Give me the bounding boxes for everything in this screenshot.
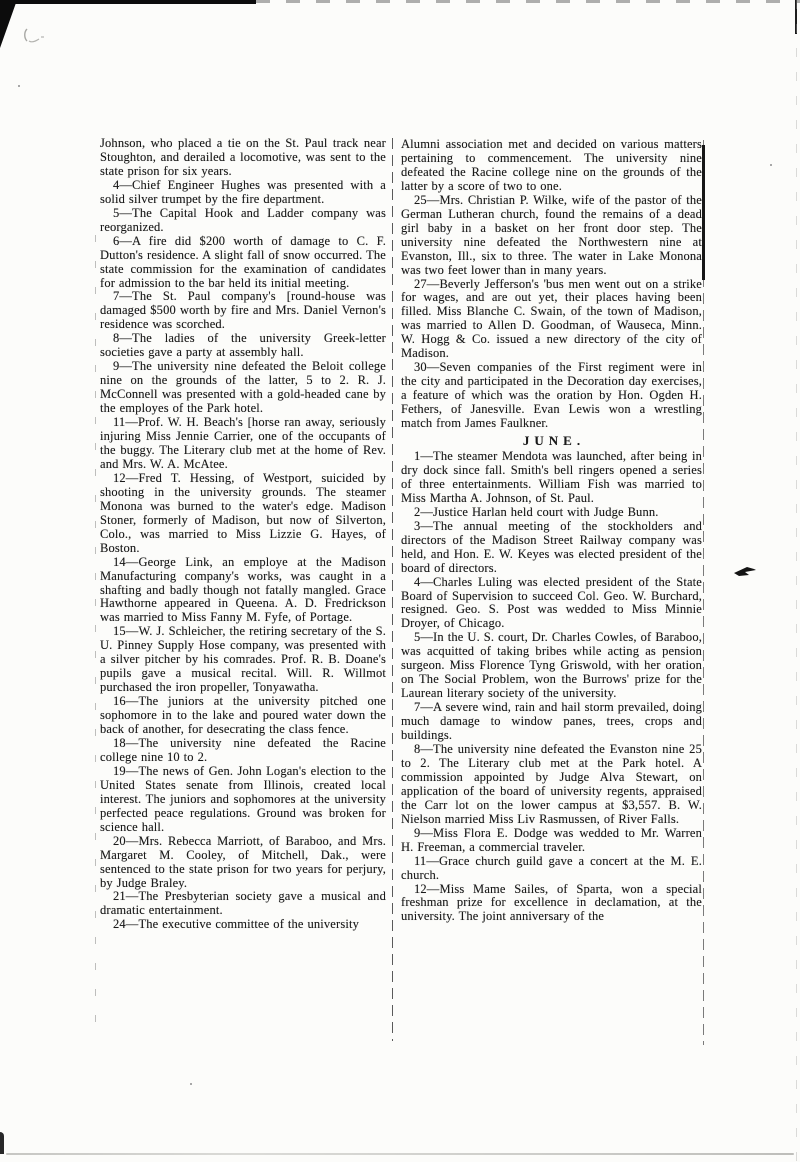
entry-paragraph: 27—Beverly Jefferson's 'bus men went out…	[401, 278, 702, 362]
entry-paragraph: 2—Justice Harlan held court with Judge B…	[401, 506, 702, 520]
entry-paragraph: 3—The annual meeting of the stockholders…	[401, 520, 702, 576]
entry-paragraph: 30—Seven companies of the First regiment…	[401, 361, 702, 431]
june-entries: 1—The steamer Mendota was launched, afte…	[401, 450, 702, 924]
ink-smudge	[733, 566, 757, 578]
scan-top-edge-dashes	[256, 0, 800, 3]
entry-paragraph: 1—The steamer Mendota was launched, afte…	[401, 450, 702, 506]
scan-top-edge-dark	[0, 0, 256, 4]
page-edge-rule	[796, 0, 797, 1162]
entry-paragraph: 7—A severe wind, rain and hail storm pre…	[401, 701, 702, 743]
entry-paragraph: 11—Prof. W. H. Beach's [horse ran away, …	[100, 416, 386, 472]
right-rule-dark-segment	[702, 145, 705, 280]
entry-paragraph: Alumni association met and decided on va…	[401, 138, 702, 194]
entry-paragraph: 16—The juniors at the university pitched…	[100, 695, 386, 737]
right-column: Alumni association met and decided on va…	[401, 138, 702, 924]
entry-paragraph: 20—Mrs. Rebecca Marriott, of Baraboo, an…	[100, 835, 386, 891]
entry-paragraph: 21—The Presbyterian society gave a music…	[100, 890, 386, 918]
entry-paragraph: 4—Chief Engineer Hughes was presented wi…	[100, 179, 386, 207]
entry-paragraph: 5—In the U. S. court, Dr. Charles Cowles…	[401, 631, 702, 701]
entry-paragraph: 15—W. J. Schleicher, the retiring secret…	[100, 625, 386, 695]
may-entries: Alumni association met and decided on va…	[401, 138, 702, 431]
entry-paragraph: 18—The university nine defeated the Raci…	[100, 737, 386, 765]
entry-paragraph: 12—Miss Mame Sailes, of Sparta, won a sp…	[401, 883, 702, 925]
scan-bottom-left-nub	[0, 1132, 4, 1154]
entry-paragraph: 12—Fred T. Hessing, of Westport, suicide…	[100, 472, 386, 556]
left-column-rule	[95, 235, 96, 1035]
left-column: Johnson, who placed a tie on the St. Pau…	[100, 137, 386, 932]
entry-paragraph: 4—Charles Luling was elected president o…	[401, 576, 702, 632]
entry-paragraph: Johnson, who placed a tie on the St. Pau…	[100, 137, 386, 179]
entry-paragraph: 19—The news of Gen. John Logan's electio…	[100, 765, 386, 835]
entry-paragraph: 8—The university nine defeated the Evans…	[401, 743, 702, 827]
entry-paragraph: 6—A fire did $200 worth of damage to C. …	[100, 235, 386, 291]
entry-paragraph: 9—Miss Flora E. Dodge was wedded to Mr. …	[401, 827, 702, 855]
entry-paragraph: 5—The Capital Hook and Ladder company wa…	[100, 207, 386, 235]
entry-paragraph: 14—George Link, an employe at the Madiso…	[100, 556, 386, 626]
entry-paragraph: 7—The St. Paul company's [round-house wa…	[100, 290, 386, 332]
paper-speck	[770, 164, 772, 166]
entry-paragraph: 11—Grace church guild gave a concert at …	[401, 855, 702, 883]
june-heading: JUNE.	[401, 434, 702, 448]
newspaper-page: Johnson, who placed a tie on the St. Pau…	[0, 0, 800, 1162]
entry-paragraph: 25—Mrs. Christian P. Wilke, wife of the …	[401, 194, 702, 278]
entry-paragraph: 9—The university nine defeated the Beloi…	[100, 360, 386, 416]
paper-speck	[190, 1083, 192, 1085]
scan-bottom-edge	[6, 1153, 794, 1155]
entry-paragraph: 8—The ladies of the university Greek-let…	[100, 332, 386, 360]
scan-corner-blob	[0, 0, 17, 48]
pencil-mark	[22, 26, 48, 48]
paper-speck	[18, 85, 20, 87]
entry-paragraph: 24—The executive committee of the univer…	[100, 918, 386, 932]
gutter-column-rule	[392, 138, 393, 1041]
